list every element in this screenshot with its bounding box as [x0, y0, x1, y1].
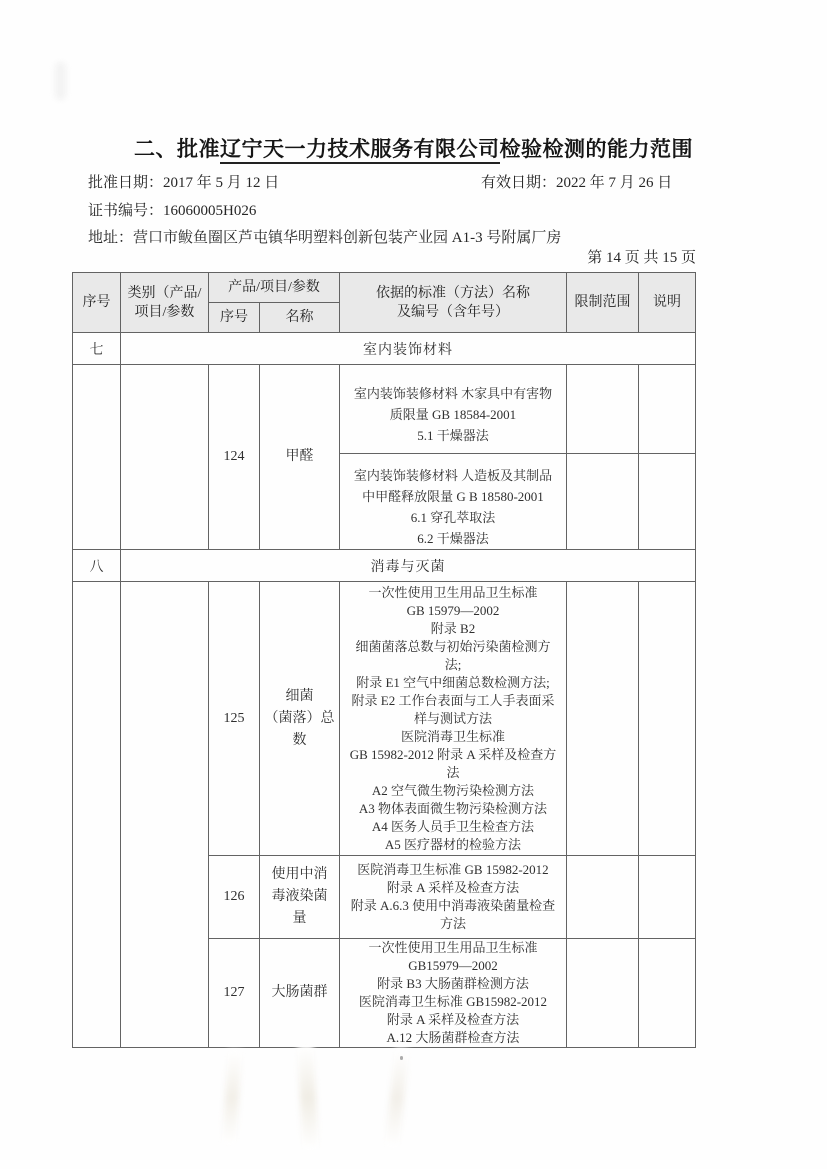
title-suffix: 检验检测的能力范围 — [500, 137, 694, 161]
row127-no: 127 — [209, 939, 260, 1048]
scan-artifact-streak — [55, 62, 66, 100]
address-value: 营口市鲅鱼圈区芦屯镇华明塑料创新包装产业园 A1-3 号附属厂房 — [133, 230, 561, 246]
address-label: 地址： — [88, 230, 133, 246]
header-limit: 限制范围 — [567, 273, 639, 333]
scan-artifact-speck — [400, 1056, 403, 1060]
scanned-document-page: 二、批准辽宁天一力技术服务有限公司检验检测的能力范围 批准日期：2017 年 5… — [0, 0, 827, 1169]
row126-no: 126 — [209, 856, 260, 939]
row124-limit-1 — [567, 365, 639, 454]
title-prefix: 二、批准 — [134, 137, 220, 161]
row127-limit — [567, 939, 639, 1048]
cert-no-value: 16060005H026 — [163, 203, 256, 219]
valid-date-value: 2022 年 7 月 26 日 — [556, 175, 672, 191]
section-row-7: 七 室内装饰材料 — [73, 333, 696, 365]
header-sub-seq: 序号 — [209, 303, 260, 333]
row124-seq-cell — [73, 365, 121, 550]
rows125-127-seq-cell — [73, 582, 121, 1048]
row126-standard: 医院消毒卫生标准 GB 15982-2012 附录 A 采样及检查方法 附录 A… — [340, 856, 567, 939]
scan-artifact-crease — [385, 1048, 409, 1149]
page-indicator: 第 14 页 共 15 页 — [587, 246, 696, 267]
header-category: 类别（产品/ 项目/参数 — [121, 273, 209, 333]
row127-name: 大肠菌群 — [260, 939, 340, 1048]
capability-table: 序号 类别（产品/ 项目/参数 产品/项目/参数 依据的标准（方法）名称 及编号… — [72, 272, 696, 1048]
approval-date-label: 批准日期： — [88, 175, 163, 191]
row124-standard-2: 室内装饰装修材料 人造板及其制品 中甲醛释放限量 G B 18580-2001 … — [340, 454, 567, 550]
header-seq: 序号 — [73, 273, 121, 333]
row126-limit — [567, 856, 639, 939]
row126-name: 使用中消 毒液染菌 量 — [260, 856, 340, 939]
cert-no-label: 证书编号： — [88, 203, 163, 219]
row124-standard-1: 室内装饰装修材料 木家具中有害物 质限量 GB 18584-2001 5.1 干… — [340, 365, 567, 454]
header-product-group: 产品/项目/参数 — [209, 273, 340, 303]
row124-no: 124 — [209, 365, 260, 550]
approval-date-value: 2017 年 5 月 12 日 — [163, 175, 279, 191]
scan-artifact-crease — [297, 1045, 318, 1151]
row126-note — [639, 856, 696, 939]
section8-no: 八 — [73, 550, 121, 582]
row125-limit — [567, 582, 639, 856]
title-company-underlined: 辽宁天一力技术服务有限公司 — [220, 137, 500, 164]
approval-date-line: 批准日期：2017 年 5 月 12 日 — [88, 171, 279, 192]
row-124a: 124 甲醛 室内装饰装修材料 木家具中有害物 质限量 GB 18584-200… — [73, 365, 696, 454]
row124-note-1 — [639, 365, 696, 454]
row124-limit-2 — [567, 454, 639, 550]
row125-standard: 一次性使用卫生用品卫生标准 GB 15979—2002 附录 B2 细菌菌落总数… — [340, 582, 567, 856]
row125-name: 细菌 （菌落）总 数 — [260, 582, 340, 856]
rows125-127-category-cell — [121, 582, 209, 1048]
row127-note — [639, 939, 696, 1048]
row-125: 125 细菌 （菌落）总 数 一次性使用卫生用品卫生标准 GB 15979—20… — [73, 582, 696, 856]
section8-name: 消毒与灭菌 — [121, 550, 696, 582]
section7-no: 七 — [73, 333, 121, 365]
cert-no-line: 证书编号：16060005H026 — [88, 199, 256, 220]
section-row-8: 八 消毒与灭菌 — [73, 550, 696, 582]
row125-note — [639, 582, 696, 856]
valid-date-label: 有效日期： — [481, 175, 556, 191]
page-title: 二、批准辽宁天一力技术服务有限公司检验检测的能力范围 — [0, 133, 827, 163]
row127-standard: 一次性使用卫生用品卫生标准 GB15979—2002 附录 B3 大肠菌群检测方… — [340, 939, 567, 1048]
row124-name: 甲醛 — [260, 365, 340, 550]
header-sub-name: 名称 — [260, 303, 340, 333]
valid-date-line: 有效日期：2022 年 7 月 26 日 — [481, 171, 672, 192]
row124-category-cell — [121, 365, 209, 550]
address-line: 地址：营口市鲅鱼圈区芦屯镇华明塑料创新包装产业园 A1-3 号附属厂房 — [88, 226, 561, 247]
section7-name: 室内装饰材料 — [121, 333, 696, 365]
row124-note-2 — [639, 454, 696, 550]
scan-artifact-crease — [222, 1050, 243, 1146]
header-standard: 依据的标准（方法）名称 及编号（含年号） — [340, 273, 567, 333]
header-note: 说明 — [639, 273, 696, 333]
row125-no: 125 — [209, 582, 260, 856]
